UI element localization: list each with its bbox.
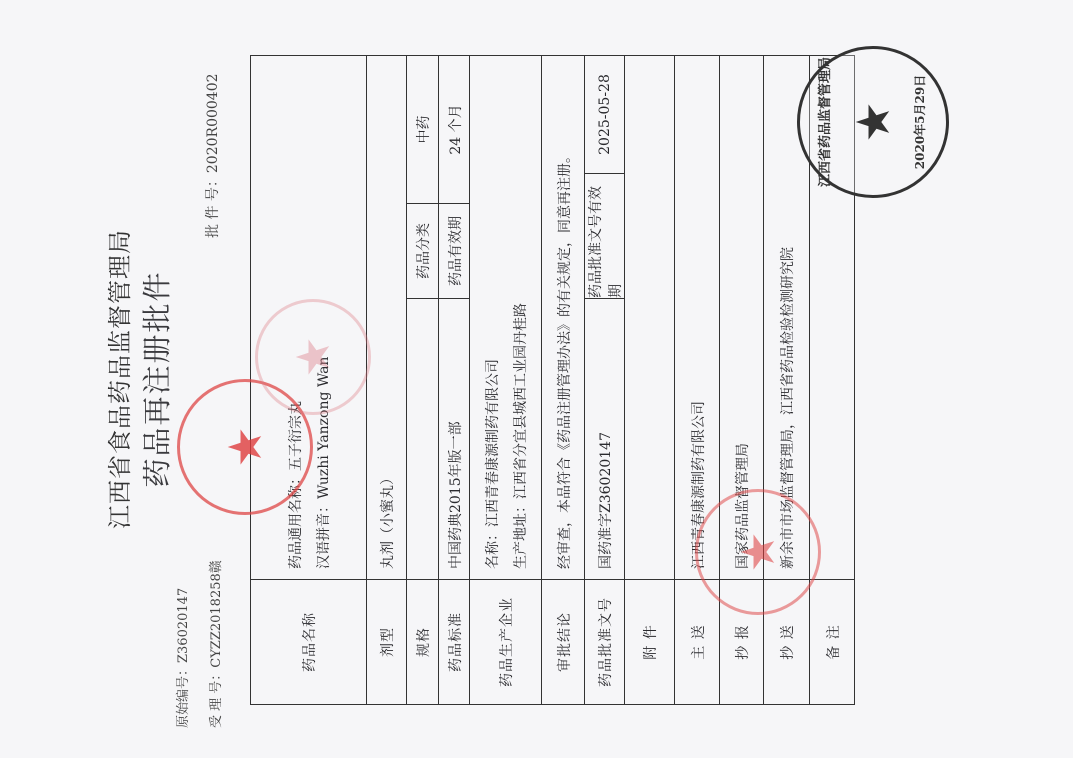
label-conclusion: 审批结论 [542, 579, 585, 704]
approval-document-page: 原始编号：Z36020147 受 理 号：CYZZ2018258赣 江西省食品药… [0, 0, 1073, 758]
label-drug-class: 药品分类 [407, 204, 439, 299]
row-conclusion: 审批结论 经审查，本品符合《药品注册管理办法》的有关规定，同意再注册。 [541, 56, 585, 704]
label-standard: 药品标准 [439, 579, 470, 704]
approval-number-value: 国药准字Z36020147 [585, 299, 625, 579]
seal-star-icon: ★ [222, 426, 268, 467]
specification-value [407, 299, 439, 579]
label-drug-name: 药品名称 [251, 579, 366, 704]
manufacturer-name: 名称：江西青春康源制药有限公司 [482, 359, 502, 569]
seal-star-icon: ★ [850, 101, 896, 142]
row-standard: 药品标准 中国药典2015年版一部 药品有效期 24 个月 [438, 56, 470, 704]
official-seal-date: 2020年5月29日 [911, 49, 928, 195]
faded-seal: ★ [255, 299, 371, 415]
conclusion-value: 经审查，本品符合《药品注册管理办法》的有关规定，同意再注册。 [542, 56, 585, 579]
label-dosage-form: 剂型 [367, 579, 407, 704]
row-dosage-form: 剂型 丸剂（小蜜丸） [366, 56, 407, 704]
seal-star-icon: ★ [290, 336, 336, 377]
approval-document-number: 批 件 号：2020R000402 [202, 73, 222, 238]
standard-value: 中国药典2015年版一部 [439, 299, 470, 579]
drug-expiry-value: 24 个月 [439, 56, 470, 204]
send-to-value: 江西青春康源制药有限公司 [675, 56, 720, 579]
label-attachment: 附 件 [625, 579, 675, 704]
manufacturer-address: 生产地址：江西省分宜县城西工业园丹桂路 [510, 303, 530, 569]
row-send-to: 主 送 江西青春康源制药有限公司 [674, 56, 720, 704]
dosage-form-value: 丸剂（小蜜丸） [367, 56, 407, 579]
label-specification: 规格 [407, 579, 439, 704]
attachment-value [625, 56, 675, 579]
row-manufacturer: 药品生产企业 名称：江西青春康源制药有限公司 生产地址：江西省分宜县城西工业园丹… [469, 56, 542, 704]
acceptance-number: 受 理 号：CYZZ2018258赣 [205, 560, 224, 728]
drug-class-value: 中药 [407, 56, 439, 204]
row-attachment: 附 件 [624, 56, 675, 704]
label-approval-validity: 药品批准文号有效期 [585, 174, 625, 299]
document-title: 药品再注册批件 [135, 0, 176, 758]
seal-star-icon: ★ [735, 531, 781, 572]
row-specification: 规格 药品分类 中药 [406, 56, 439, 704]
row-approval-number: 药品批准文号 国药准字Z36020147 药品批准文号有效期 2025-05-2… [584, 56, 625, 704]
label-drug-expiry: 药品有效期 [439, 204, 470, 299]
market-bureau-seal: ★ [695, 489, 821, 615]
official-seal-text: 江西省药品监督管理局 [814, 49, 833, 195]
agency-name: 江西省食品药品监督管理局 [100, 0, 135, 758]
label-manufacturer: 药品生产企业 [470, 579, 542, 704]
label-send-to: 主 送 [675, 579, 720, 704]
approval-validity-value: 2025-05-28 [585, 56, 625, 174]
label-remarks: 备 注 [810, 579, 855, 704]
label-approval-number: 药品批准文号 [585, 579, 625, 704]
official-seal: ★ 江西省药品监督管理局 2020年5月29日 [797, 46, 949, 198]
